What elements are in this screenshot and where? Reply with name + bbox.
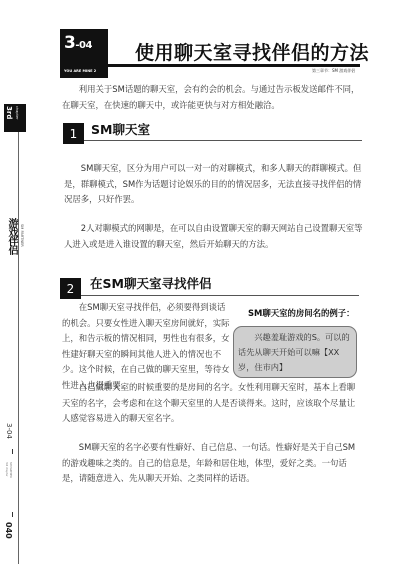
example-title: SM聊天室的房间名的例子： [248,307,355,319]
chapter-number: 3-04 [64,33,92,53]
sidebar-dash [12,449,13,454]
page-title: 使用聊天室寻找伴侣的方法 [135,38,369,65]
section-2-paragraph-3: SM聊天室的名字必要有性癖好、自己信息、一句话。性癖好是关于自己SM的游戏趣味之… [62,440,362,487]
section-2-paragraph-2: 自己做聊天室的时候重要的是房间的名字。女性利用聊天室时，基本上看聊天室的名字，会… [62,380,362,427]
sidebar-small-text-2: SM PARTNER [9,462,12,478]
sidebar-small-text-1: 3rd chapter [5,462,8,477]
section-2-title: 在SM聊天室寻找伴侣 [90,274,211,292]
chapter-number-box: 3-04 YOU ARE MINE 2 [60,29,108,78]
example-box: 兴趣羞耻游戏的S。可以的话先从聊天开始可以嘛【XX岁，住市内】 [233,326,357,378]
title-note: 第三章节：SM 游戏伴侣 [312,68,355,74]
chapter-tab-label: chapter [15,106,19,119]
intro-paragraph: 利用关于SM话题的聊天室，会有约会的机会。与通过告示板发送邮件不同，在聊天室，在… [62,82,362,113]
section-1-paragraph-1: SM聊天室，区分为用户可以一对一的对聊模式，和多人聊天的群聊模式。但是，群聊模式… [64,161,364,208]
sidebar-title-cn: 游戏伴侣 [4,218,19,254]
section-2-number: 2 [60,278,81,299]
sidebar-section-code: 3-04 [5,423,13,439]
chapter-subtitle: YOU ARE MINE 2 [64,69,96,73]
section-1-paragraph-2: 2人对聊模式的网聊是，在可以自由设置聊天室的聊天网站自己设置聊天室等人进入或是进… [64,221,364,252]
section-2-rule [81,295,359,296]
sidebar-dash [12,512,13,517]
section-1-number: 1 [63,123,84,144]
section-1-rule [84,140,362,141]
title-rule [108,64,360,67]
sidebar-line [18,104,19,564]
sidebar-title-en: SM PARTNER [20,224,24,247]
page-number: 040 [4,522,13,539]
chapter-tab-ordinal: 3rd [5,106,13,119]
section-1-title: SM聊天室 [91,120,150,138]
